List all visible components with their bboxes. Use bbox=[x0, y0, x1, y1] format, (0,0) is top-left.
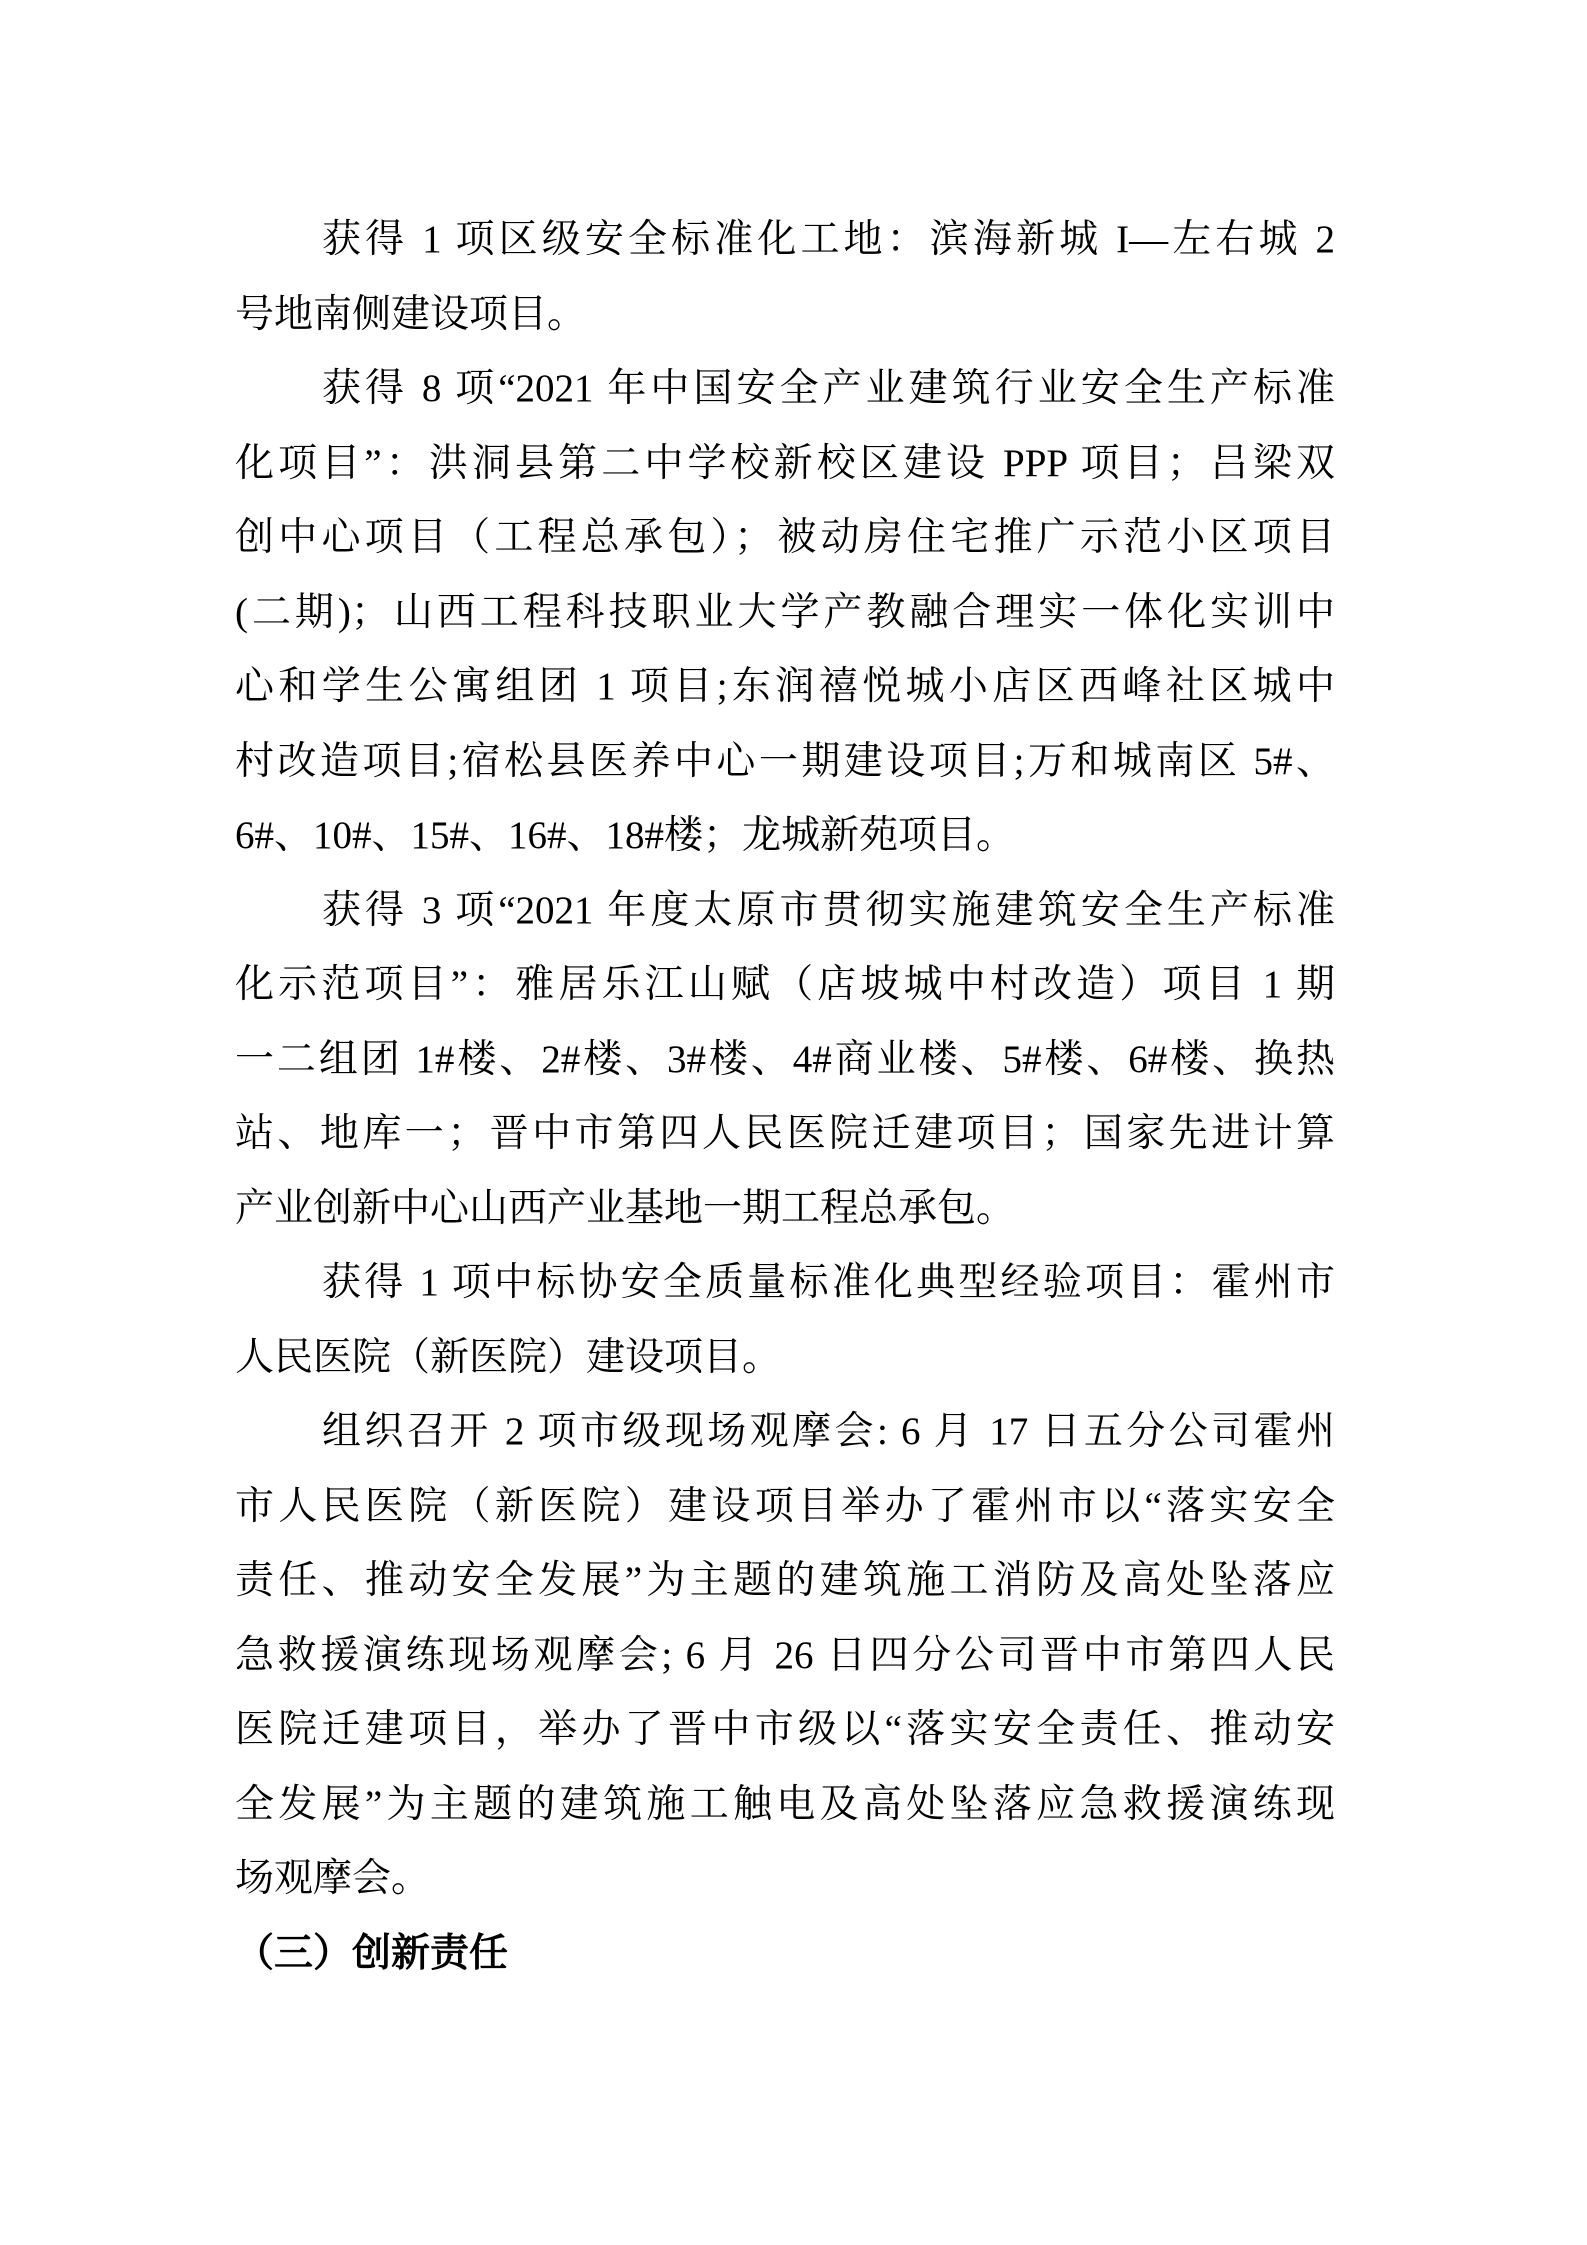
text-block: 获得 1 项区级安全标准化工地：滨海新城 I—左右城 2号地南侧建设项目。获得 … bbox=[235, 203, 1335, 1991]
text-line: (二期)；山西工程科技职业大学产教融合理实一体化实训中 bbox=[235, 576, 1335, 651]
text-line: 全发展”为主题的建筑施工触电及高处坠落应急救援演练现 bbox=[235, 1768, 1335, 1843]
text-line: 化项目”：洪洞县第二中学校新校区建设 PPP 项目；吕梁双 bbox=[235, 427, 1335, 502]
text-line: 村改造项目;宿松县医养中心一期建设项目;万和城南区 5#、 bbox=[235, 725, 1335, 800]
text-line: 责任、推动安全发展”为主题的建筑施工消防及高处坠落应 bbox=[235, 1544, 1335, 1619]
text-line: 创中心项目（工程总承包）；被动房住宅推广示范小区项目 bbox=[235, 501, 1335, 576]
text-line: 人民医院（新医院）建设项目。 bbox=[235, 1321, 1335, 1396]
text-line: 获得 3 项“2021 年度太原市贯彻实施建筑安全生产标准 bbox=[235, 874, 1335, 949]
text-line: 产业创新中心山西产业基地一期工程总承包。 bbox=[235, 1172, 1335, 1247]
text-line: 化示范项目”：雅居乐江山赋（店坡城中村改造）项目 1 期 bbox=[235, 948, 1335, 1023]
text-line: 站、地库一；晋中市第四人民医院迁建项目；国家先进计算 bbox=[235, 1097, 1335, 1172]
text-line: 急救援演练现场观摩会; 6 月 26 日四分公司晋中市第四人民 bbox=[235, 1619, 1335, 1694]
text-line: 场观摩会。 bbox=[235, 1842, 1335, 1917]
text-line: 获得 1 项区级安全标准化工地：滨海新城 I—左右城 2 bbox=[235, 203, 1335, 278]
section-heading: （三）创新责任 bbox=[235, 1917, 1335, 1992]
text-line: 号地南侧建设项目。 bbox=[235, 278, 1335, 353]
document-page: 获得 1 项区级安全标准化工地：滨海新城 I—左右城 2号地南侧建设项目。获得 … bbox=[0, 0, 1587, 2245]
text-line: 6#、10#、15#、16#、18#楼；龙城新苑项目。 bbox=[235, 799, 1335, 874]
text-line: 获得 8 项“2021 年中国安全产业建筑行业安全生产标准 bbox=[235, 352, 1335, 427]
text-line: 组织召开 2 项市级现场观摩会: 6 月 17 日五分公司霍州 bbox=[235, 1395, 1335, 1470]
text-line: 医院迁建项目，举办了晋中市级以“落实安全责任、推动安 bbox=[235, 1693, 1335, 1768]
text-line: 心和学生公寓组团 1 项目;东润禧悦城小店区西峰社区城中 bbox=[235, 650, 1335, 725]
text-line: 一二组团 1#楼、2#楼、3#楼、4#商业楼、5#楼、6#楼、换热 bbox=[235, 1023, 1335, 1098]
text-line: 获得 1 项中标协安全质量标准化典型经验项目：霍州市 bbox=[235, 1246, 1335, 1321]
text-line: 市人民医院（新医院）建设项目举办了霍州市以“落实安全 bbox=[235, 1470, 1335, 1545]
